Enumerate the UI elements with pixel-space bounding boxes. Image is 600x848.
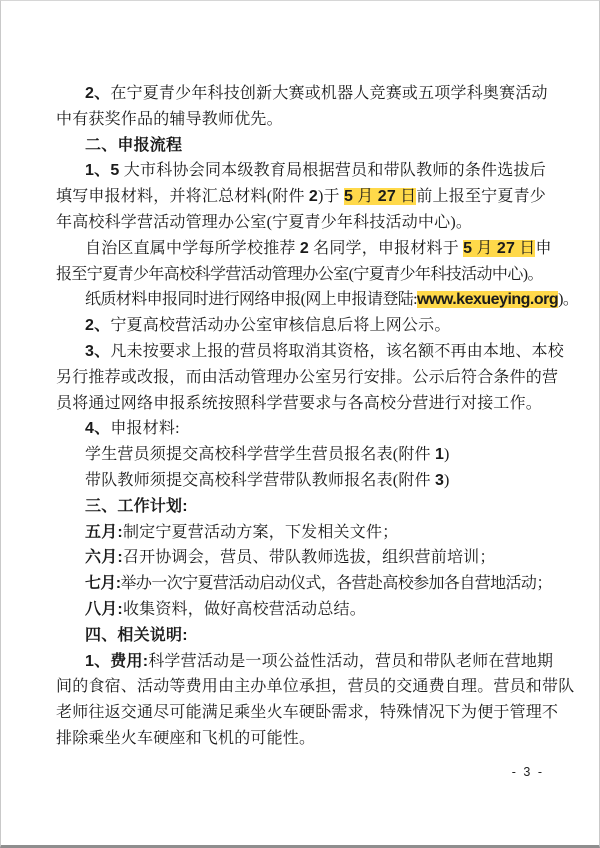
text-segment: 3 bbox=[435, 472, 444, 489]
document-line-14: 4、申报材料: bbox=[56, 416, 546, 442]
document-line-9: 纸质材料申报同时进行网络申报(网上申报请登陆:www.kexueying.org… bbox=[56, 287, 546, 313]
text-segment: ) bbox=[444, 472, 450, 489]
text-segment: 1、5 bbox=[85, 162, 119, 179]
text-segment: 在宁夏青少年科技创新大赛或机器人竞赛或五项学科奥赛活动 bbox=[110, 85, 547, 102]
text-segment: 召开协调会，营员、带队教师选拔，组织营前培训； bbox=[123, 549, 496, 566]
text-segment: 举办一次宁夏营活动启动仪式，各营赴高校参加各自营地活动； bbox=[121, 575, 552, 592]
text-segment: 大市科协会同本级教育局根据营员和带队教师的条件选拔后 bbox=[119, 162, 546, 179]
highlight-mark: 5 bbox=[344, 188, 353, 205]
text-segment: 报至宁夏青少年高校科学营活动管理办公室(宁夏青少年科技活动中心)。 bbox=[56, 266, 543, 283]
text-segment: 申 bbox=[535, 240, 551, 257]
text-segment: 五月: bbox=[85, 524, 123, 541]
text-segment: ) bbox=[444, 446, 450, 463]
url-text: www.kexueying.org bbox=[417, 291, 558, 308]
text-segment: 2 bbox=[300, 240, 309, 257]
document-line-5: 填写申报材料，并将汇总材料(附件 2)于 5 月 27 日前上报至宁夏青少 bbox=[56, 184, 546, 210]
document-line-15: 学生营员须提交高校科学营学生营员报名表(附件 1) bbox=[56, 442, 546, 468]
document-line-24: 间的食宿、活动等费用由主办单位承担，营员的交通费自理。营员和带队 bbox=[56, 674, 546, 700]
text-segment: 二、申报流程 bbox=[85, 137, 182, 154]
text-segment: 4、 bbox=[85, 420, 110, 437]
document-line-10: 2、宁夏高校营活动办公室审核信息后将上网公示。 bbox=[56, 313, 546, 339]
document-line-8: 报至宁夏青少年高校科学营活动管理办公室(宁夏青少年科技活动中心)。 bbox=[56, 262, 546, 288]
text-segment: 年高校科学营活动管理办公室(宁夏青少年科技活动中心)。 bbox=[56, 214, 472, 231]
highlight-mark: 月 bbox=[353, 188, 378, 205]
document-line-13: 员将通过网络申报系统按照科学营要求与各高校分营进行对接工作。 bbox=[56, 391, 546, 417]
text-segment: 1、费用: bbox=[85, 653, 148, 670]
text-segment: 学生营员须提交高校科学营学生营员报名表(附件 bbox=[85, 446, 435, 463]
text-segment: 间的食宿、活动等费用由主办单位承担，营员的交通费自理。营员和带队 bbox=[56, 678, 574, 695]
page-number: - 3 - bbox=[56, 765, 544, 779]
document-line-23: 1、费用:科学营活动是一项公益性活动，营员和带队老师在营地期 bbox=[56, 649, 546, 675]
highlight-mark: 日 bbox=[396, 188, 416, 205]
text-segment: 2、 bbox=[85, 85, 110, 102]
text-segment: 六月: bbox=[85, 549, 123, 566]
document-page: 2、在宁夏青少年科技创新大赛或机器人竞赛或五项学科奥赛活动中有获奖作品的辅导教师… bbox=[0, 0, 600, 848]
document-line-17: 三、工作计划: bbox=[56, 494, 546, 520]
text-segment: 凡未按要求上报的营员将取消其资格，该名额不再由本地、本校 bbox=[110, 343, 564, 360]
text-segment: 名同学，申报材料于 bbox=[309, 240, 463, 257]
document-line-12: 另行推荐或改报，而由活动管理办公室另行安排。公示后符合条件的营 bbox=[56, 365, 546, 391]
text-segment: 前上报至宁夏青少 bbox=[416, 188, 546, 205]
text-segment: )。 bbox=[558, 291, 578, 308]
highlight-mark: 27 bbox=[497, 240, 515, 257]
text-segment: 1 bbox=[435, 446, 444, 463]
text-segment: 2、 bbox=[85, 317, 110, 334]
text-segment: 宁夏高校营活动办公室审核信息后将上网公示。 bbox=[110, 317, 450, 334]
highlight-mark: 27 bbox=[378, 188, 396, 205]
document-line-16: 带队教师须提交高校科学营带队教师报名表(附件 3) bbox=[56, 468, 546, 494]
document-line-19: 六月:召开协调会，营员、带队教师选拔，组织营前培训； bbox=[56, 545, 546, 571]
highlight-mark: 日 bbox=[515, 240, 535, 257]
text-segment: 纸质材料申报同时进行网络申报(网上申报请登陆: bbox=[85, 291, 417, 308]
document-line-11: 3、凡未按要求上报的营员将取消其资格，该名额不再由本地、本校 bbox=[56, 339, 546, 365]
highlight-mark: 月 bbox=[472, 240, 497, 257]
document-line-4: 1、5 大市科协会同本级教育局根据营员和带队教师的条件选拔后 bbox=[56, 158, 546, 184]
text-segment: 制定宁夏营活动方案，下发相关文件； bbox=[123, 524, 398, 541]
document-line-3: 二、申报流程 bbox=[56, 133, 546, 159]
text-segment: 另行推荐或改报，而由活动管理办公室另行安排。公示后符合条件的营 bbox=[56, 369, 558, 386]
text-segment: )于 bbox=[318, 188, 344, 205]
text-segment: 3、 bbox=[85, 343, 110, 360]
document-line-18: 五月:制定宁夏营活动方案，下发相关文件； bbox=[56, 520, 546, 546]
document-line-1: 2、在宁夏青少年科技创新大赛或机器人竞赛或五项学科奥赛活动 bbox=[56, 81, 546, 107]
document-line-6: 年高校科学营活动管理办公室(宁夏青少年科技活动中心)。 bbox=[56, 210, 546, 236]
document-line-25: 老师往返交通尽可能满足乘坐火车硬卧需求，特殊情况下为便于管理不 bbox=[56, 700, 546, 726]
text-segment: 填写申报材料，并将汇总材料(附件 bbox=[56, 188, 309, 205]
text-segment: 员将通过网络申报系统按照科学营要求与各高校分营进行对接工作。 bbox=[56, 395, 542, 412]
text-segment: 四、相关说明: bbox=[85, 627, 188, 644]
text-segment: 申报材料: bbox=[110, 420, 179, 437]
text-segment: 带队教师须提交高校科学营带队教师报名表(附件 bbox=[85, 472, 435, 489]
document-body: 2、在宁夏青少年科技创新大赛或机器人竞赛或五项学科奥赛活动中有获奖作品的辅导教师… bbox=[56, 81, 546, 752]
text-segment: 收集资料，做好高校营活动总结。 bbox=[123, 601, 366, 618]
text-segment: 中有获奖作品的辅导教师优先。 bbox=[56, 111, 283, 128]
document-line-26: 排除乘坐火车硬座和飞机的可能性。 bbox=[56, 726, 546, 752]
text-segment: 科学营活动是一项公益性活动，营员和带队老师在营地期 bbox=[148, 653, 553, 670]
text-segment: 七月: bbox=[85, 575, 121, 592]
text-segment: 排除乘坐火车硬座和飞机的可能性。 bbox=[56, 730, 315, 747]
text-segment: 八月: bbox=[85, 601, 123, 618]
document-line-22: 四、相关说明: bbox=[56, 623, 546, 649]
document-line-21: 八月:收集资料，做好高校营活动总结。 bbox=[56, 597, 546, 623]
document-line-20: 七月:举办一次宁夏营活动启动仪式，各营赴高校参加各自营地活动； bbox=[56, 571, 546, 597]
text-segment: 老师往返交通尽可能满足乘坐火车硬卧需求，特殊情况下为便于管理不 bbox=[56, 704, 558, 721]
highlight-mark: 5 bbox=[463, 240, 472, 257]
document-line-7: 自治区直属中学每所学校推荐 2 名同学，申报材料于 5 月 27 日申 bbox=[56, 236, 546, 262]
text-segment: 自治区直属中学每所学校推荐 bbox=[85, 240, 300, 257]
text-segment: 2 bbox=[309, 188, 318, 205]
document-line-2: 中有获奖作品的辅导教师优先。 bbox=[56, 107, 546, 133]
text-segment: 三、工作计划: bbox=[85, 498, 188, 515]
